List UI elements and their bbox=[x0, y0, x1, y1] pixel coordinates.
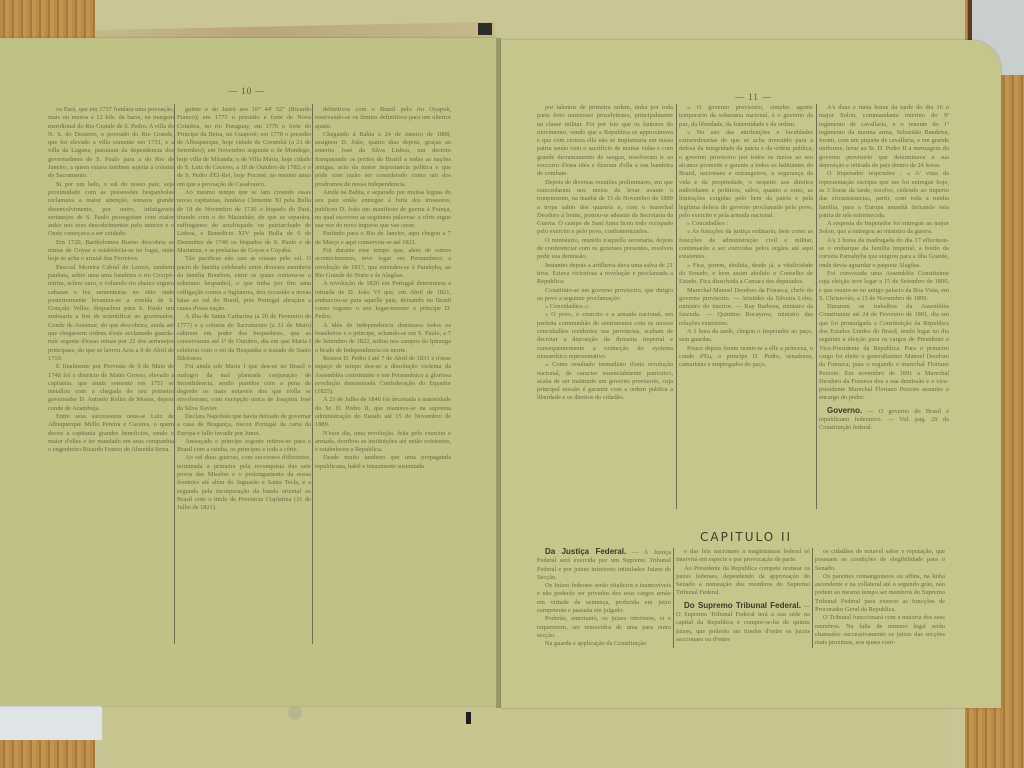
left-page-number: — 10 — bbox=[228, 86, 266, 96]
paragraph: A 23 de Julho de 1840 foi decretada a ma… bbox=[315, 396, 451, 429]
paragraph: O Tribunal funccionará com a maioria dos… bbox=[815, 614, 945, 647]
paragraph: Ao sul duas guerras, com successos diffe… bbox=[177, 454, 311, 512]
paragraph: Entre seus successores nota-se Luiz de A… bbox=[48, 413, 174, 454]
paragraph: Chegando á Bahia a 24 de Janeiro de 1808… bbox=[315, 131, 451, 189]
paragraph: A's duas e meia horas da tarde do dia 16… bbox=[819, 104, 949, 170]
column-rule bbox=[816, 104, 817, 509]
backing-board-lower bbox=[103, 700, 948, 768]
column-rule bbox=[312, 104, 313, 644]
paragraph: Ainda na Bahia, e separado por muitas le… bbox=[315, 189, 451, 230]
paragraph: e das leis nacionaes a magistratura fede… bbox=[676, 548, 810, 565]
paragraph: Pascoal Moreira Cabral de Lemos, tambem … bbox=[48, 264, 174, 364]
paragraph: A 1 hora da tarde, chegou o Imperador ao… bbox=[679, 328, 813, 345]
paragraph: O ministerio, reunido n'aquella secretar… bbox=[537, 237, 673, 262]
section-heading: Do Supremo Tribunal Federal. bbox=[684, 601, 801, 610]
paragraph: « As funcções da justiça ordinaria, bem … bbox=[679, 228, 813, 261]
column-rule bbox=[673, 548, 674, 648]
paragraph: Ao Presidente da Republica compete nomea… bbox=[676, 565, 810, 598]
paragraph: « O povo, o exercito e a armada nacional… bbox=[537, 311, 673, 361]
paragraph: « O governo provisorio, simples agente t… bbox=[679, 104, 813, 129]
paragraph: « Concidadãos »: bbox=[537, 303, 673, 311]
paragraph: Foi durante esse tempo que, alem de outr… bbox=[315, 247, 451, 280]
left-page-column-3: definitivos com o Brazil pelo rio Oyapok… bbox=[315, 106, 451, 646]
right-page-number: — 11 — bbox=[735, 92, 772, 102]
paragraph: Marechal Manoel Deodoro da Fonseca, chef… bbox=[679, 287, 813, 328]
paragraph: E finalmente por Provisão de 9 de Maio d… bbox=[48, 363, 174, 413]
paragraph: por talentos de primeira ordem, tinha po… bbox=[537, 104, 673, 179]
governo-section: Governo. — O governo do Brasil é republi… bbox=[819, 407, 949, 433]
paragraph: guinte o do Jaurú aos 16° 44' 52" (Ricar… bbox=[177, 106, 311, 189]
paragraph: definitivos com o Brazil pelo rio Oyapok… bbox=[315, 106, 451, 131]
paragraph: O Imperador respondeu : « A' vista da re… bbox=[819, 170, 949, 220]
column-rule bbox=[174, 104, 175, 644]
paragraph: Partindo para o Rio de Janeiro, aqui che… bbox=[315, 230, 451, 247]
paragraph: Declara Napoleão que havia deixado de go… bbox=[177, 413, 311, 438]
paragraph: Os Juizes federaes serão vitalicios e in… bbox=[537, 582, 671, 615]
chapter-column-1: Da Justiça Federal. — A Justiça Federal … bbox=[537, 548, 671, 648]
paragraph: Desde muito tambem que uma propaganda re… bbox=[315, 454, 451, 471]
paragraph: Depois de diversas reuniões preliminares… bbox=[537, 179, 673, 237]
paragraph: Duraram os trabalhos da Assembléa Consti… bbox=[819, 303, 949, 403]
chapter-column-3: os cidadãos de notavel saber e reputação… bbox=[815, 548, 945, 648]
paragraph: « No uso das attribuições e faculdades e… bbox=[679, 129, 813, 220]
paragraph: « Concidadãos : bbox=[679, 220, 813, 228]
right-page-column-2: « O governo provisorio, simples agente t… bbox=[679, 104, 813, 509]
paragraph: « Fica, porem, abolida, desde já, a vita… bbox=[679, 262, 813, 287]
paragraph: A revolução de 1820 em Portugal determin… bbox=[315, 280, 451, 321]
paragraph: Tão pacificas não iam as cousas pelo sul… bbox=[177, 255, 311, 313]
spine-cap bbox=[478, 23, 492, 35]
paper-stain bbox=[288, 706, 302, 720]
paragraph: Na guarda e applicação da Constituição bbox=[537, 640, 671, 648]
paragraph: A resposta do Imperador foi entregue ao … bbox=[819, 220, 949, 237]
section-heading: Governo. bbox=[827, 406, 862, 415]
paragraph: Ameaçado o principe regente retirou-se p… bbox=[177, 438, 311, 455]
paragraph: A idéa de independencia dominava todos o… bbox=[315, 322, 451, 355]
column-rule bbox=[812, 548, 813, 648]
paragraph: Em 1720, Bartholomeu Bueno descobria as … bbox=[48, 239, 174, 264]
paragraph: Constituio-se um governo provisorio, que… bbox=[537, 287, 673, 304]
paragraph: os cidadãos de notavel saber e reputação… bbox=[815, 548, 945, 573]
paragraph: A ilha de Santa Catharina (a 20 de Fever… bbox=[177, 313, 311, 363]
paragraph: Foi ainda sob Maria I que deu-se no Bras… bbox=[177, 363, 311, 413]
paragraph: Pouco depois foram reunir-se a elle a pr… bbox=[679, 345, 813, 370]
paragraph: Foi convocada uma Assembléa Constituinte… bbox=[819, 270, 949, 303]
right-page-column-1: por talentos de primeira ordem, tinha po… bbox=[537, 104, 673, 509]
paragraph: Si por um lado, o sul do nosso paiz, sej… bbox=[48, 181, 174, 239]
paragraph: Reinou D. Pedro I até 7 de Abril de 1831… bbox=[315, 355, 451, 396]
paragraph: « Como resultado immediato d'esta revolu… bbox=[537, 361, 673, 402]
section-heading: Da Justiça Federal. bbox=[545, 548, 626, 556]
paragraph: A's 3 horas da madrugada do dia 17 effec… bbox=[819, 237, 949, 270]
left-page-column-2: guinte o do Jaurú aos 16° 44' 52" (Ricar… bbox=[177, 106, 311, 646]
paragraph: Os parentes consanguineos ou affins, na … bbox=[815, 573, 945, 614]
chapter-column-2: e das leis nacionaes a magistratura fede… bbox=[676, 548, 810, 648]
paragraph: Poderão, entretanto, os juizes inferiore… bbox=[537, 615, 671, 640]
paragraph: N'esse dia, uma revolução, feita pelo ex… bbox=[315, 430, 451, 455]
paragraph: Ao mesmo tempo que se iam creando essas … bbox=[177, 189, 311, 255]
binding-pin bbox=[466, 712, 471, 724]
left-page-column-1: va Pará, que em 1737 fundára uma povoaçã… bbox=[48, 106, 174, 646]
chapter-title: CAPITULO II bbox=[700, 530, 792, 544]
paragraph: Instantes depois a artilheria dava uma s… bbox=[537, 262, 673, 287]
paragraph: va Pará, que em 1737 fundára uma povoaçã… bbox=[48, 106, 174, 181]
right-page-column-3: A's duas e meia horas da tarde do dia 16… bbox=[819, 104, 949, 514]
column-rule bbox=[676, 104, 677, 509]
